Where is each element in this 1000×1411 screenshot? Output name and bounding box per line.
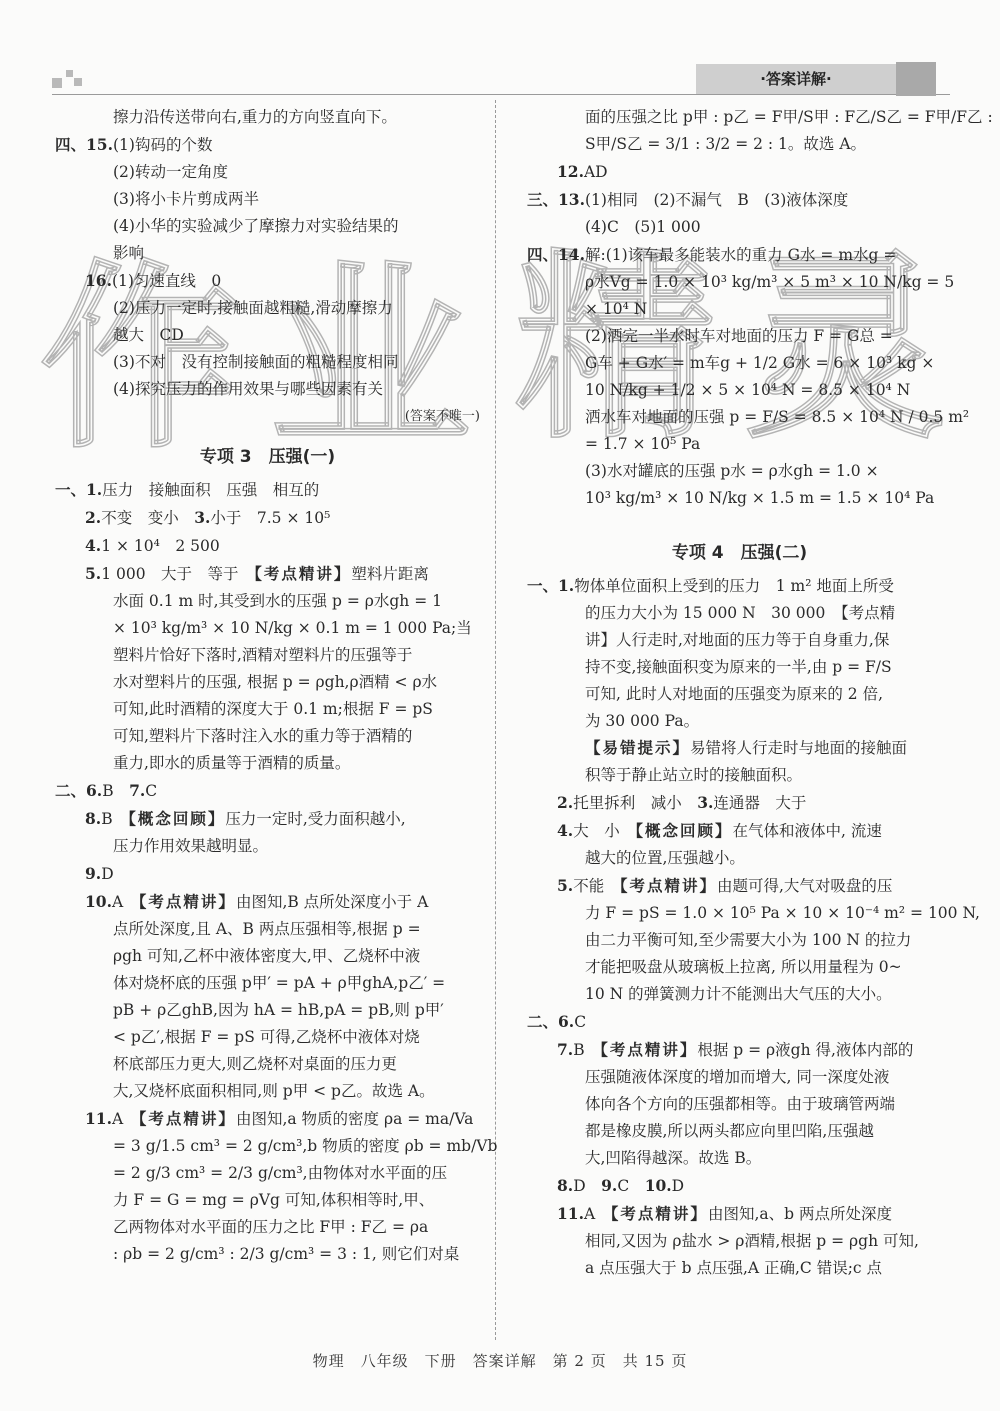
answer-line: ρgh 可知,乙杯中液体密度大,甲、乙烧杯中液: [55, 943, 480, 970]
answer-text: B: [102, 782, 129, 800]
answer-line: × 10⁴ N: [527, 296, 952, 323]
answer-text: D: [573, 1177, 601, 1195]
answer-text: A: [584, 1205, 611, 1223]
answer-line: 可知, 此时人对地面的压强变为原来的 2 倍,: [527, 681, 952, 708]
answer-text: 解:(1)该车最多能装水的重力 G水 = m水g =: [585, 246, 896, 264]
answer-line: = 1.7 × 10⁵ Pa: [527, 431, 952, 458]
answer-line: 力 F = pS = 1.0 × 10⁵ Pa × 10 × 10⁻⁴ m² =…: [527, 900, 952, 927]
answer-line: 8.D 9.C 10.D: [527, 1172, 952, 1200]
header-decoration: [52, 78, 62, 88]
answer-line: 4.1 × 10⁴ 2 500: [55, 532, 480, 560]
answer-text: 由二力平衡可知,至少需要大小为 100 N 的拉力: [585, 931, 911, 949]
answer-text: 力 F = G = mg = ρVg 可知,体积相等时,甲、: [113, 1191, 434, 1209]
answer-text: 压力 接触面积 压强 相互的: [102, 481, 319, 499]
answer-text: 在气体和液体中, 流速: [732, 822, 881, 840]
question-number: 14.: [558, 245, 585, 264]
question-number: 7.: [557, 1040, 573, 1059]
answer-text: 塑料片距离: [351, 565, 429, 583]
answer-text: 10³ kg/m³ × 10 N/kg × 1.5 m = 1.5 × 10⁴ …: [585, 489, 934, 507]
answer-text: 积等于静止站立时的接触面积。: [585, 766, 802, 784]
answer-line: 的压力大小为 15 000 N 30 000 【考点精: [527, 600, 952, 627]
note-tag: 【考点精讲】: [139, 1110, 236, 1128]
answer-text: (4)探究压力的作用效果与哪些因素有关: [113, 380, 383, 398]
section-marker: 一、: [527, 576, 558, 595]
answer-text: 不变 变小: [101, 509, 194, 527]
answer-line: 塑料片恰好下落时,酒精对塑料片的压强等于: [55, 642, 480, 669]
answer-text: 越大的位置,压强越小。: [585, 849, 745, 867]
answer-line: 力 F = G = mg = ρVg 可知,体积相等时,甲、: [55, 1187, 480, 1214]
question-number: 9.: [85, 864, 101, 883]
answer-line: 擦力沿传送带向右,重力的方向竖直向下。: [55, 104, 480, 131]
question-number: 11.: [557, 1204, 584, 1223]
answer-text: 水对塑料片的压强, 根据 p = ρgh,ρ酒精 < ρ水: [113, 673, 437, 691]
answer-text: 根据 p = ρ液gh 得,液体内部的: [697, 1041, 913, 1059]
section-marker: 二、: [527, 1012, 558, 1031]
note-tag: 【考点精讲】: [600, 1041, 697, 1059]
answer-line: 二、6.C: [527, 1008, 952, 1036]
answer-text: 大,凹陷得越深。故选 B。: [585, 1149, 761, 1167]
answer-line: 11.A 【考点精讲】由图知,a、b 两点所处深度: [527, 1200, 952, 1228]
answer-line: 重力,即水的质量等于酒精的质量。: [55, 750, 480, 777]
answer-text: (3)不对 没有控制接触面的粗糙程度相同: [113, 353, 398, 371]
answer-text: 由图知,a 物质的密度 ρa = ma/Va: [236, 1110, 473, 1128]
answer-line: < p乙′,根据 F = pS 可得,乙烧杯中液体对烧: [55, 1024, 480, 1051]
answer-text: 持不变,接触面积变为原来的一半,由 p = F/S: [585, 658, 892, 676]
answer-text: 1 000 大于 等于: [101, 565, 254, 583]
answer-text: D: [101, 865, 113, 883]
section-title-3: 专项 3 压强(一): [55, 442, 480, 472]
answer-text: 洒水车对地面的压强 p = F/S = 8.5 × 10⁴ N / 0.5 m²: [585, 408, 969, 426]
answer-line: 10³ kg/m³ × 10 N/kg × 1.5 m = 1.5 × 10⁴ …: [527, 485, 952, 512]
note-tag: 【概念回顾】: [635, 822, 732, 840]
answer-text: C: [574, 1013, 586, 1031]
answer-line: 乙两物体对水平面的压力之比 F甲 : F乙 = ρa: [55, 1214, 480, 1241]
answer-text: 由图知,a、b 两点所处深度: [708, 1205, 892, 1223]
answer-text: < p乙′,根据 F = pS 可得,乙烧杯中液体对烧: [113, 1028, 420, 1046]
section-marker: 一、: [55, 480, 86, 499]
answer-text: 连通器 大于: [713, 794, 806, 812]
answer-line: (3)水对罐底的压强 p水 = ρ水gh = 1.0 ×: [527, 458, 952, 485]
answer-line: 16.(1)匀速直线 0: [55, 267, 480, 295]
answer-text: 体对烧杯底的压强 p甲′ = pA + ρ甲ghA,p乙′ =: [113, 974, 445, 992]
question-number: 12.: [557, 162, 584, 181]
answer-line: 越大的位置,压强越小。: [527, 845, 952, 872]
header-decoration: [74, 78, 82, 86]
answer-text: B: [573, 1041, 600, 1059]
answer-text: 乙两物体对水平面的压力之比 F甲 : F乙 = ρa: [113, 1218, 428, 1236]
question-number: 8.: [85, 809, 101, 828]
question-number: 11.: [85, 1109, 112, 1128]
answer-line: (4)探究压力的作用效果与哪些因素有关: [55, 376, 480, 403]
answer-text: S甲/S乙 = 3/1 : 3/2 = 2 : 1。故选 A。: [585, 135, 866, 153]
answer-line: 8.B 【概念回顾】压力一定时,受力面积越小,: [55, 805, 480, 833]
answer-text: (4)C (5)1 000: [585, 218, 701, 236]
answer-text: (1)相同 (2)不漏气 B (3)液体深度: [585, 191, 848, 209]
answer-line: 二、6.B 7.C: [55, 777, 480, 805]
answer-text: 水面 0.1 m 时,其受到水的压强 p = ρ水gh = 1: [113, 592, 442, 610]
answer-line: 9.D: [55, 860, 480, 888]
answer-line: 2.托里拆利 减小 3.连通器 大于: [527, 789, 952, 817]
answer-line: (2)压力一定时,接触面越粗糙,滑动摩擦力: [55, 295, 480, 322]
answer-line: 7.B 【考点精讲】根据 p = ρ液gh 得,液体内部的: [527, 1036, 952, 1064]
answer-text: 点所处深度,且 A、B 两点压强相等,根据 p =: [113, 920, 421, 938]
answer-line: × 10³ kg/m³ × 10 N/kg × 0.1 m = 1 000 Pa…: [55, 615, 480, 642]
answer-line: 四、14.解:(1)该车最多能装水的重力 G水 = m水g =: [527, 241, 952, 269]
answer-text: C: [617, 1177, 644, 1195]
answer-text: 易错将人行走时与地面的接触面: [690, 739, 907, 757]
answer-text: 都是橡皮膜,所以两头都应向里凹陷,压强越: [585, 1122, 874, 1140]
question-number: 2.: [85, 508, 101, 527]
question-number: 6.: [558, 1012, 574, 1031]
answer-text: 物体单位面积上受到的压力 1 m² 地面上所受: [574, 577, 894, 595]
answer-line: 影响: [55, 240, 480, 267]
answer-line: 12.AD: [527, 158, 952, 186]
answer-line: ρ水Vg = 1.0 × 10³ kg/m³ × 5 m³ × 10 N/kg …: [527, 269, 952, 296]
answer-text: B: [101, 810, 128, 828]
answer-line: 体对烧杯底的压强 p甲′ = pA + ρ甲ghA,p乙′ =: [55, 970, 480, 997]
answer-text: × 10⁴ N: [585, 300, 647, 318]
question-number: 4.: [557, 821, 573, 840]
answer-line: 一、1.物体单位面积上受到的压力 1 m² 地面上所受: [527, 572, 952, 600]
answer-line: a 点压强大于 b 点压强,A 正确,C 错误;c 点: [527, 1255, 952, 1282]
question-number: 15.: [86, 135, 113, 154]
question-number: 8.: [557, 1176, 573, 1195]
answer-text: 小于 7.5 × 10⁵: [210, 509, 330, 527]
answer-line: 10.A 【考点精讲】由图知,B 点所处深度小于 A: [55, 888, 480, 916]
answer-line: 可知,塑料片下落时注入水的重力等于酒精的: [55, 723, 480, 750]
question-number: 6.: [86, 781, 102, 800]
right-column: 面的压强之比 p甲 : p乙 = F甲/S甲 : F乙/S乙 = F甲/F乙 :…: [527, 104, 952, 1282]
left-column: 擦力沿传送带向右,重力的方向竖直向下。四、15.(1)钩码的个数(2)转动一定角…: [55, 104, 480, 1268]
question-number: 1.: [558, 576, 574, 595]
answer-text: 杯底部压力更大,则乙烧杯对桌面的压力更: [113, 1055, 397, 1073]
answer-line: pB + ρ乙ghB,因为 hA = hB,pA = pB,则 p甲′: [55, 997, 480, 1024]
answer-text: 压力一定时,受力面积越小,: [225, 810, 405, 828]
note-tag: 【考点精讲】: [139, 893, 236, 911]
answer-line: 4.大 小 【概念回顾】在气体和液体中, 流速: [527, 817, 952, 845]
answer-text: 压力作用效果越明显。: [113, 837, 268, 855]
question-number: 16.: [85, 271, 112, 290]
answer-line: (3)不对 没有控制接触面的粗糙程度相同: [55, 349, 480, 376]
header-tab: ·答案详解·: [696, 64, 896, 94]
question-number: 10.: [85, 892, 112, 911]
question-number: 13.: [558, 190, 585, 209]
answer-line: 2.不变 变小 3.小于 7.5 × 10⁵: [55, 504, 480, 532]
answer-line: 压强随液体深度的增加而增大, 同一深度处液: [527, 1064, 952, 1091]
answer-text: 不能: [573, 877, 620, 895]
answer-line: 一、1.压力 接触面积 压强 相互的: [55, 476, 480, 504]
answer-text: 1 × 10⁴ 2 500: [101, 537, 220, 555]
answer-text: × 10³ kg/m³ × 10 N/kg × 0.1 m = 1 000 Pa…: [113, 619, 472, 637]
answer-line: 5.不能 【考点精讲】由题可得,大气对吸盘的压: [527, 872, 952, 900]
answer-text: 可知,此时酒精的深度大于 0.1 m;根据 F = pS: [113, 700, 433, 718]
answer-line: 大,凹陷得越深。故选 B。: [527, 1145, 952, 1172]
note-tag: 【概念回顾】: [128, 810, 225, 828]
answer-line: 为 30 000 Pa。: [527, 708, 952, 735]
answer-text: AD: [584, 163, 608, 181]
answer-line: = 2 g/3 cm³ = 2/3 g/cm³,由物体对水平面的压: [55, 1160, 480, 1187]
section-marker: 二、: [55, 781, 86, 800]
answer-text: 10 N 的弹簧测力计不能测出大气压的大小。: [585, 985, 892, 1003]
answer-text: C: [145, 782, 157, 800]
answer-text: = 2 g/3 cm³ = 2/3 g/cm³,由物体对水平面的压: [113, 1164, 447, 1182]
answer-line: 持不变,接触面积变为原来的一半,由 p = F/S: [527, 654, 952, 681]
answer-line: 10 N 的弹簧测力计不能测出大气压的大小。: [527, 981, 952, 1008]
answer-text: 力 F = pS = 1.0 × 10⁵ Pa × 10 × 10⁻⁴ m² =…: [585, 904, 980, 922]
answer-text: (1)匀速直线 0: [112, 272, 221, 290]
question-number: 4.: [85, 536, 101, 555]
answer-text: D: [672, 1177, 684, 1195]
question-number: 7.: [129, 781, 145, 800]
answer-line: 洒水车对地面的压强 p = F/S = 8.5 × 10⁴ N / 0.5 m²: [527, 404, 952, 431]
section-marker: 三、: [527, 190, 558, 209]
answer-line: 体向各个方向的压强都相等。由于玻璃管两端: [527, 1091, 952, 1118]
answer-line: (4)小华的实验减少了摩擦力对实验结果的: [55, 213, 480, 240]
answer-line: 5.1 000 大于 等于 【考点精讲】塑料片距离: [55, 560, 480, 588]
header-tab-accent: [896, 62, 936, 96]
question-number: 9.: [601, 1176, 617, 1195]
answer-text: a 点压强大于 b 点压强,A 正确,C 错误;c 点: [585, 1259, 882, 1277]
answer-text: (2)转动一定角度: [113, 163, 228, 181]
answer-text: 的压力大小为 15 000 N 30 000 【考点精: [585, 604, 895, 622]
answer-text: G车 + G水′ = m车g + 1/2 G水 = 6 × 10³ kg ×: [585, 354, 934, 372]
answer-note: (答案不唯一): [55, 403, 480, 430]
answer-text: 可知,塑料片下落时注入水的重力等于酒精的: [113, 727, 412, 745]
answer-text: 塑料片恰好下落时,酒精对塑料片的压强等于: [113, 646, 412, 664]
answer-text: 擦力沿传送带向右,重力的方向竖直向下。: [113, 108, 397, 126]
answer-text: 大,又烧杯底面积相同,则 p甲 < p乙。故选 A。: [113, 1082, 435, 1100]
answer-line: 越大 CD: [55, 322, 480, 349]
answer-text: 由图知,B 点所处深度小于 A: [236, 893, 428, 911]
answer-text: 大 小: [573, 822, 635, 840]
answer-text: (3)将小卡片剪成两半: [113, 190, 259, 208]
answer-line: 相同,又因为 ρ盐水 > ρ酒精,根据 p = ρgh 可知,: [527, 1228, 952, 1255]
header-rule: [52, 94, 950, 95]
answer-text: ρ水Vg = 1.0 × 10³ kg/m³ × 5 m³ × 10 N/kg …: [585, 273, 954, 291]
header-decoration: [66, 70, 73, 77]
answer-line: G车 + G水′ = m车g + 1/2 G水 = 6 × 10³ kg ×: [527, 350, 952, 377]
answer-text: pB + ρ乙ghB,因为 hA = hB,pA = pB,则 p甲′: [113, 1001, 444, 1019]
question-number: 5.: [557, 876, 573, 895]
answer-text: 可知, 此时人对地面的压强变为原来的 2 倍,: [585, 685, 883, 703]
answer-text: 影响: [113, 244, 144, 262]
answer-line: 杯底部压力更大,则乙烧杯对桌面的压力更: [55, 1051, 480, 1078]
answer-line: 才能把吸盘从玻璃板上拉离, 所以用量程为 0~: [527, 954, 952, 981]
answer-text: (2)压力一定时,接触面越粗糙,滑动摩擦力: [113, 299, 393, 317]
question-number: 10.: [645, 1176, 672, 1195]
question-number: 5.: [85, 564, 101, 583]
page-footer: 物理 八年级 下册 答案详解 第 2 页 共 15 页: [0, 1350, 1000, 1371]
question-number: 3.: [697, 793, 713, 812]
answer-text: 越大 CD: [113, 326, 184, 344]
answer-line: 11.A 【考点精讲】由图知,a 物质的密度 ρa = ma/Va: [55, 1105, 480, 1133]
answer-line: = 3 g/1.5 cm³ = 2 g/cm³,b 物质的密度 ρb = mb/…: [55, 1133, 480, 1160]
left-continuation: 擦力沿传送带向右,重力的方向竖直向下。四、15.(1)钩码的个数(2)转动一定角…: [55, 104, 480, 403]
answer-line: : ρb = 2 g/cm³ : 2/3 g/cm³ = 3 : 1, 则它们对…: [55, 1241, 480, 1268]
answer-line: (4)C (5)1 000: [527, 214, 952, 241]
answer-line: 10 N/kg + 1/2 × 5 × 10⁴ N = 8.5 × 10⁴ N: [527, 377, 952, 404]
answer-text: 托里拆利 减小: [573, 794, 697, 812]
answer-text: : ρb = 2 g/cm³ : 2/3 g/cm³ = 3 : 1, 则它们对…: [113, 1245, 459, 1263]
answer-text: 讲】人行走时,对地面的压力等于自身重力,保: [585, 631, 889, 649]
answer-text: 为 30 000 Pa。: [585, 712, 699, 730]
answer-line: 点所处深度,且 A、B 两点压强相等,根据 p =: [55, 916, 480, 943]
answer-text: 重力,即水的质量等于酒精的质量。: [113, 754, 350, 772]
section-title-4: 专项 4 压强(二): [527, 538, 952, 568]
answer-line: 可知,此时酒精的深度大于 0.1 m;根据 F = pS: [55, 696, 480, 723]
answer-line: 水面 0.1 m 时,其受到水的压强 p = ρ水gh = 1: [55, 588, 480, 615]
answer-text: (2)洒完一半水时车对地面的压力 F = G总 =: [585, 327, 893, 345]
answer-line: 水对塑料片的压强, 根据 p = ρgh,ρ酒精 < ρ水: [55, 669, 480, 696]
answer-text: 体向各个方向的压强都相等。由于玻璃管两端: [585, 1095, 895, 1113]
note-tag: 【考点精讲】: [620, 877, 717, 895]
answer-line: 讲】人行走时,对地面的压力等于自身重力,保: [527, 627, 952, 654]
answer-line: 三、13.(1)相同 (2)不漏气 B (3)液体深度: [527, 186, 952, 214]
answer-text: A: [112, 893, 139, 911]
section-marker: 四、: [55, 135, 86, 154]
question-number: 2.: [557, 793, 573, 812]
answer-text: (3)水对罐底的压强 p水 = ρ水gh = 1.0 ×: [585, 462, 879, 480]
answer-text: 10 N/kg + 1/2 × 5 × 10⁴ N = 8.5 × 10⁴ N: [585, 381, 910, 399]
answer-line: 大,又烧杯底面积相同,则 p甲 < p乙。故选 A。: [55, 1078, 480, 1105]
answer-line: S甲/S乙 = 3/1 : 3/2 = 2 : 1。故选 A。: [527, 131, 952, 158]
note-tag: 【考点精讲】: [611, 1205, 708, 1223]
section-marker: 四、: [527, 245, 558, 264]
answer-text: 面的压强之比 p甲 : p乙 = F甲/S甲 : F乙/S乙 = F甲/F乙 :: [585, 108, 993, 126]
right-continuation: 面的压强之比 p甲 : p乙 = F甲/S甲 : F乙/S乙 = F甲/F乙 :…: [527, 104, 952, 512]
answer-line: 都是橡皮膜,所以两头都应向里凹陷,压强越: [527, 1118, 952, 1145]
question-number: 1.: [86, 480, 102, 499]
answer-text: A: [112, 1110, 139, 1128]
answer-line: 四、15.(1)钩码的个数: [55, 131, 480, 159]
note-tag: 【考点精讲】: [254, 565, 351, 583]
answer-text: = 3 g/1.5 cm³ = 2 g/cm³,b 物质的密度 ρb = mb/…: [113, 1137, 497, 1155]
section-4-answers: 一、1.物体单位面积上受到的压力 1 m² 地面上所受的压力大小为 15 000…: [527, 572, 952, 1282]
answer-text: (1)钩码的个数: [113, 136, 212, 154]
note-tag: 【易错提示】: [585, 739, 690, 757]
answer-text: 才能把吸盘从玻璃板上拉离, 所以用量程为 0~: [585, 958, 902, 976]
answer-line: 由二力平衡可知,至少需要大小为 100 N 的拉力: [527, 927, 952, 954]
answer-text: ρgh 可知,乙杯中液体密度大,甲、乙烧杯中液: [113, 947, 420, 965]
answer-text: (4)小华的实验减少了摩擦力对实验结果的: [113, 217, 398, 235]
answer-text: = 1.7 × 10⁵ Pa: [585, 435, 700, 453]
answer-text: 由题可得,大气对吸盘的压: [717, 877, 892, 895]
answer-line: (2)转动一定角度: [55, 159, 480, 186]
answer-line: 面的压强之比 p甲 : p乙 = F甲/S甲 : F乙/S乙 = F甲/F乙 :: [527, 104, 952, 131]
answer-text: 压强随液体深度的增加而增大, 同一深度处液: [585, 1068, 889, 1086]
section-3-answers: 一、1.压力 接触面积 压强 相互的2.不变 变小 3.小于 7.5 × 10⁵…: [55, 476, 480, 1268]
answer-line: (3)将小卡片剪成两半: [55, 186, 480, 213]
answer-text: 相同,又因为 ρ盐水 > ρ酒精,根据 p = ρgh 可知,: [585, 1232, 919, 1250]
answer-line: 积等于静止站立时的接触面积。: [527, 762, 952, 789]
answer-line: 【易错提示】易错将人行走时与地面的接触面: [527, 735, 952, 762]
answer-line: 压力作用效果越明显。: [55, 833, 480, 860]
question-number: 3.: [194, 508, 210, 527]
answer-line: (2)洒完一半水时车对地面的压力 F = G总 =: [527, 323, 952, 350]
